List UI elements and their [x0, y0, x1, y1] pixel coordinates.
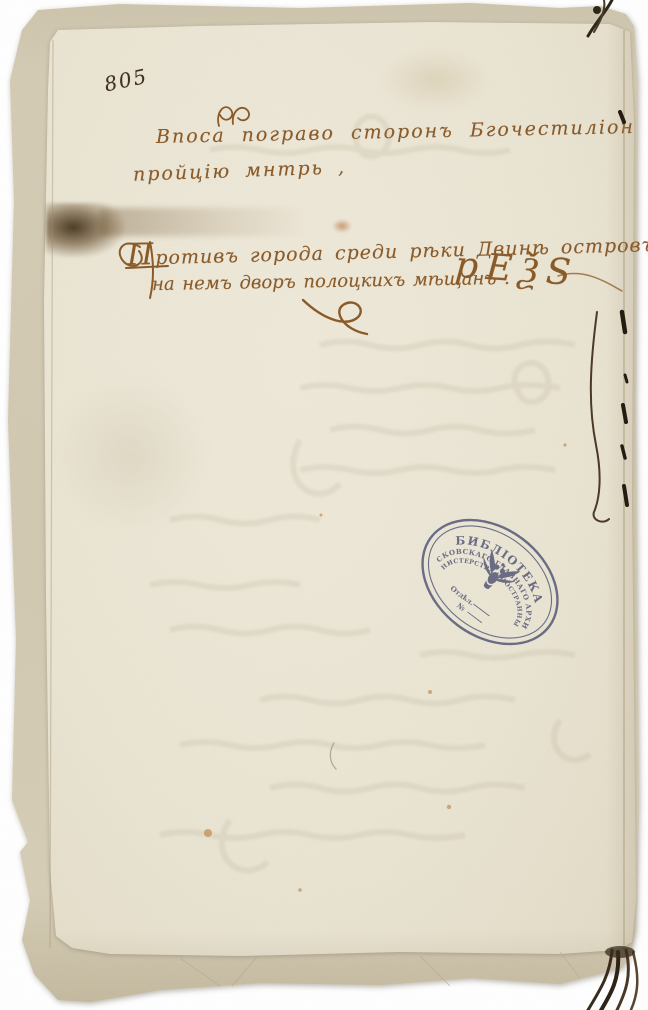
cyrillic-numeral-flourish: рЕѮЅ — [454, 244, 580, 295]
manuscript-page — [0, 0, 648, 1010]
manuscript-page-wrap — [0, 0, 648, 1010]
flourished-initial: П — [127, 237, 154, 273]
manuscript-scan: 805 Впоса пограво сторонъ Бгочестиліон п… — [0, 0, 648, 1010]
